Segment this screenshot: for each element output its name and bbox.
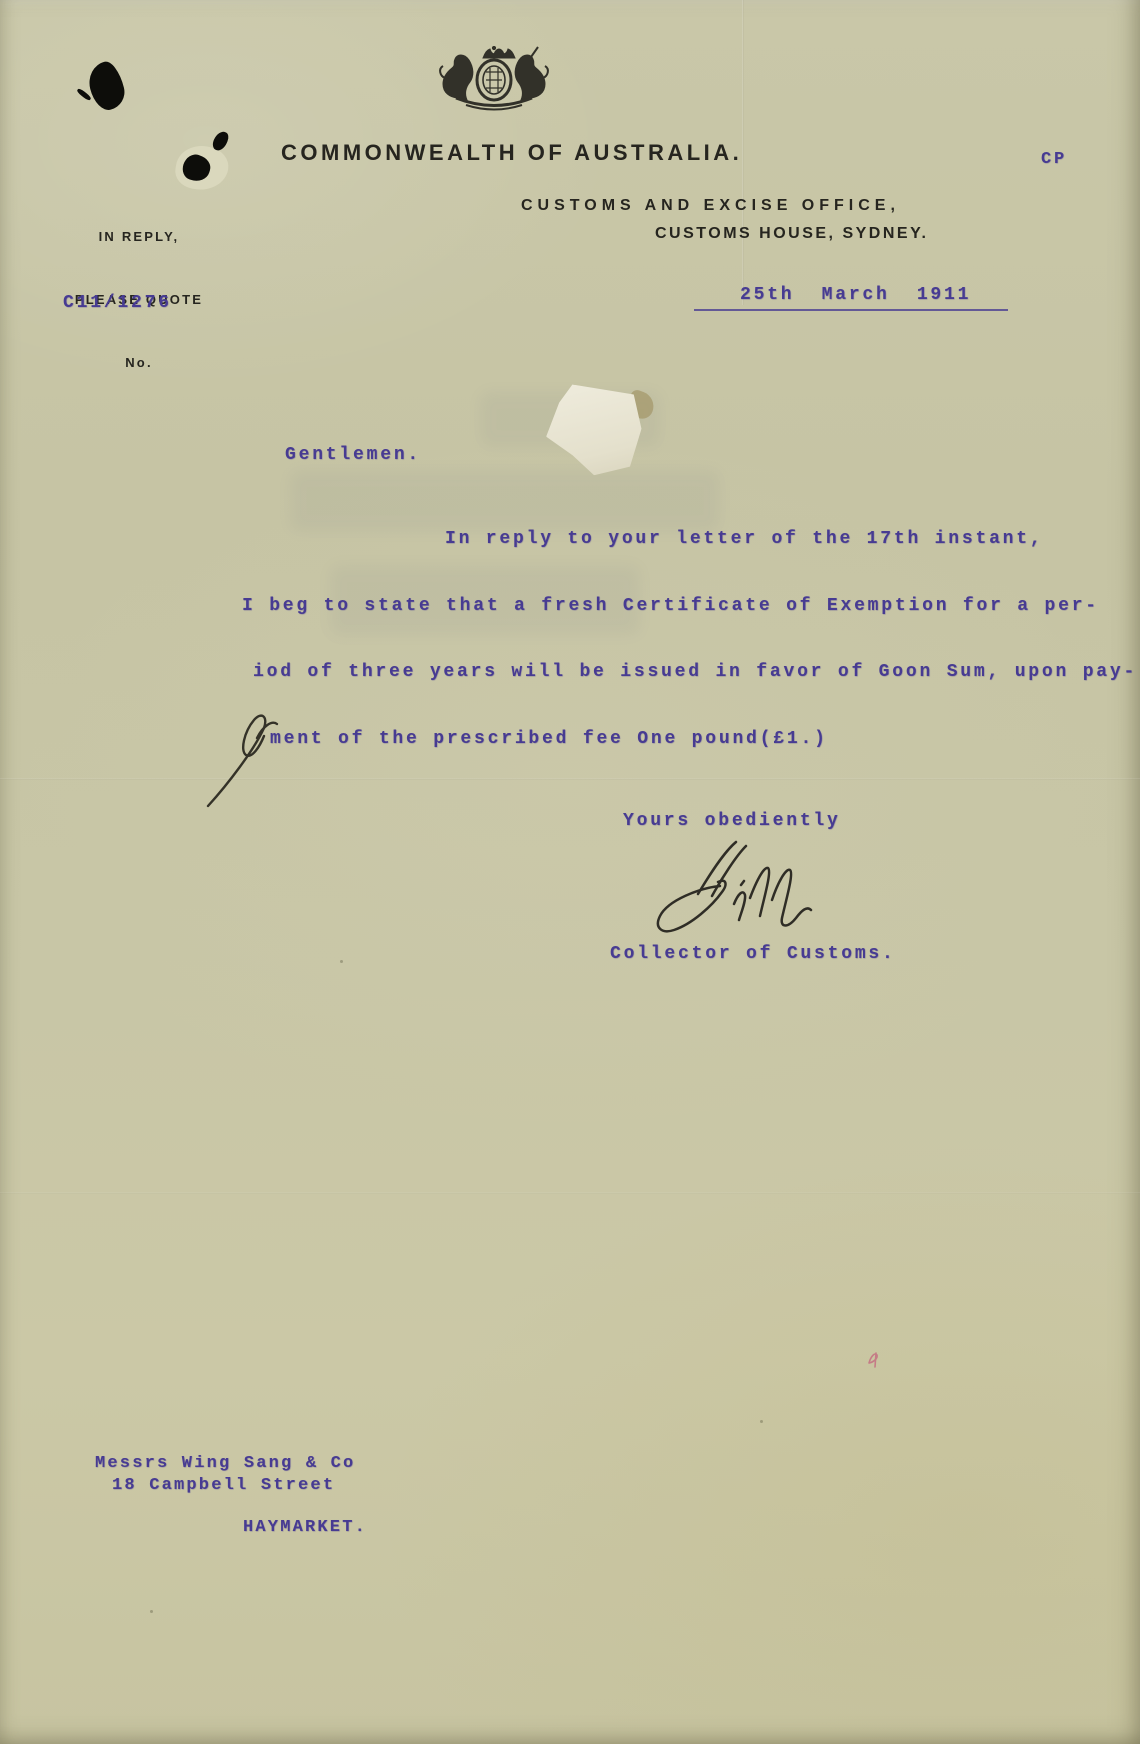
pink-pen-mark bbox=[866, 1350, 882, 1370]
paper-speck bbox=[340, 960, 343, 963]
paper-speck bbox=[150, 1610, 153, 1613]
body-line: In reply to your letter of the 17th inst… bbox=[445, 529, 1043, 549]
paper-speck bbox=[760, 1420, 763, 1423]
signature bbox=[622, 840, 827, 948]
salutation: Gentlemen. bbox=[285, 445, 421, 465]
body-line: I beg to state that a fresh Certificate … bbox=[242, 596, 1099, 616]
ink-showthrough bbox=[290, 470, 720, 532]
reply-note-line: IN REPLY, bbox=[58, 226, 220, 247]
recipient-suburb: HAYMARKET. bbox=[243, 1518, 367, 1537]
ink-blot bbox=[85, 59, 129, 114]
body-line: iod of three years will be issued in fav… bbox=[253, 662, 1137, 682]
body-line: ment of the prescribed fee One pound(£1.… bbox=[270, 729, 828, 749]
date-line: 25th March 1911 bbox=[740, 285, 971, 305]
reply-note-line: No. bbox=[58, 352, 220, 373]
fold-crease-horizontal-2 bbox=[0, 1192, 1140, 1194]
signer-title: Collector of Customs. bbox=[610, 944, 896, 964]
coat-of-arms-icon bbox=[438, 46, 550, 112]
corner-mark: CP bbox=[1041, 150, 1067, 169]
office-name: CUSTOMS AND EXCISE OFFICE, bbox=[521, 197, 900, 215]
recipient-name: Messrs Wing Sang & Co bbox=[95, 1454, 355, 1473]
recipient-street: 18 Campbell Street bbox=[112, 1476, 335, 1495]
letterhead-title: COMMONWEALTH OF AUSTRALIA. bbox=[281, 140, 742, 166]
office-address: CUSTOMS HOUSE, SYDNEY. bbox=[655, 225, 928, 243]
pen-initials bbox=[202, 698, 292, 813]
fold-crease-vertical bbox=[742, 0, 744, 305]
fold-crease-horizontal-1 bbox=[0, 778, 1140, 780]
reference-number: C11/1276 bbox=[63, 293, 172, 313]
valediction: Yours obediently bbox=[623, 811, 841, 831]
letter-page: COMMONWEALTH OF AUSTRALIA. CP IN REPLY, … bbox=[0, 0, 1140, 1744]
date-underline bbox=[694, 309, 1008, 311]
